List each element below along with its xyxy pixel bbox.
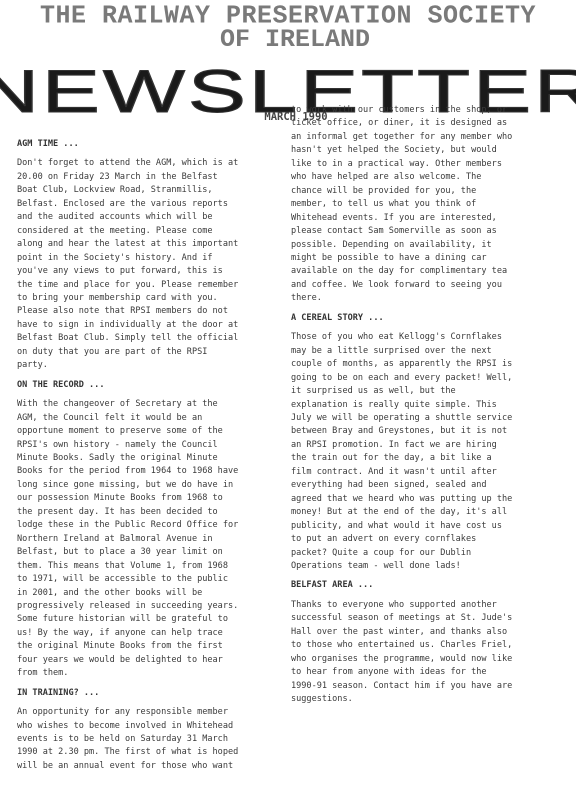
text-line: the original Minute Books from the first xyxy=(17,640,285,653)
text-line: and the audited accounts which will be xyxy=(17,211,285,224)
text-line: RPSI's own history - namely the Council xyxy=(17,439,285,452)
text-line: you've any views to put forward, this is xyxy=(17,265,285,278)
text-line: to 1971, will be accessible to the publi… xyxy=(17,573,285,586)
left-column: AGM TIME ... Don't forget to attend the … xyxy=(17,126,285,779)
text-line: packet? Quite a coup for our Dublin xyxy=(291,547,559,560)
text-line: member, to tell us what you think of xyxy=(291,198,559,211)
text-line: who wishes to become involved in Whitehe… xyxy=(17,720,285,733)
text-line: between Bray and Greystones, but it is n… xyxy=(291,425,559,438)
text-line: please contact Sam Somerville as soon as xyxy=(291,225,559,238)
section-heading-belfast: BELFAST AREA ... xyxy=(291,579,559,592)
text-line: explanation is really quite simple. This xyxy=(291,399,559,412)
text-line: progressively released in succeeding yea… xyxy=(17,600,285,613)
text-line: opportune moment to preserve some of the xyxy=(17,425,285,438)
text-line: there. xyxy=(291,292,559,305)
text-line: us! By the way, if anyone can help trace xyxy=(17,627,285,640)
text-line: 1990 at 2.30 pm. The first of what is ho… xyxy=(17,746,285,759)
text-line: ticket office, or diner, it is designed … xyxy=(291,117,559,130)
text-line: might be possible to have a dining car xyxy=(291,252,559,265)
text-line: successful season of meetings at St. Jud… xyxy=(291,612,559,625)
text-line: along and hear the latest at this import… xyxy=(17,238,285,251)
text-line: Minute Books. Sadly the original Minute xyxy=(17,452,285,465)
article-agm: Don't forget to attend the AGM, which is… xyxy=(17,157,285,372)
text-line: agreed that we heard who was putting up … xyxy=(291,493,559,506)
text-line: Belfast. Enclosed are the various report… xyxy=(17,198,285,211)
right-column: to work with our customers in the shop, … xyxy=(291,104,559,712)
section-heading-record: ON THE RECORD ... xyxy=(17,379,285,392)
text-line: an RPSI promotion. In fact we are hiring xyxy=(291,439,559,452)
text-line: will be an annual event for those who wa… xyxy=(17,760,285,773)
text-line: going to be on each and every packet! We… xyxy=(291,372,559,385)
text-line: it surprised us as well, but the xyxy=(291,385,559,398)
text-line: the present day. It has been decided to xyxy=(17,506,285,519)
text-line: may be a little surprised over the next xyxy=(291,345,559,358)
text-line: Whitehead events. If you are interested, xyxy=(291,212,559,225)
text-line: An opportunity for any responsible membe… xyxy=(17,706,285,719)
text-line: Please also note that RPSI members do no… xyxy=(17,305,285,318)
text-line: party. xyxy=(17,359,285,372)
text-line: Boat Club, Lockview Road, Stranmillis, xyxy=(17,184,285,197)
text-line: Some future historian will be grateful t… xyxy=(17,613,285,626)
text-line: Operations team - well done lads! xyxy=(291,560,559,573)
text-line: who have helped are also welcome. The xyxy=(291,171,559,184)
text-line: our possession Minute Books from 1968 to xyxy=(17,492,285,505)
text-line: lodge these in the Public Record Office … xyxy=(17,519,285,532)
text-line: long since gone missing, but we do have … xyxy=(17,479,285,492)
text-line: chance will be provided for you, the xyxy=(291,185,559,198)
text-line: to hear from anyone with ideas for the xyxy=(291,666,559,679)
article-record: With the changeover of Secretary at theA… xyxy=(17,398,285,681)
text-line: Thanks to everyone who supported another xyxy=(291,599,559,612)
text-line: events is to be held on Saturday 31 Marc… xyxy=(17,733,285,746)
text-line: Those of you who eat Kellogg's Cornflake… xyxy=(291,331,559,344)
text-line: 20.00 on Friday 23 March in the Belfast xyxy=(17,171,285,184)
article-belfast: Thanks to everyone who supported another… xyxy=(291,599,559,707)
section-heading-cereal: A CEREAL STORY ... xyxy=(291,312,559,325)
text-line: couple of months, as apparently the RPSI… xyxy=(291,358,559,371)
text-line: film contract. And it wasn't until after xyxy=(291,466,559,479)
text-line: 1990-91 season. Contact him if you have … xyxy=(291,680,559,693)
text-line: July we will be operating a shuttle serv… xyxy=(291,412,559,425)
text-line: suggestions. xyxy=(291,693,559,706)
text-line: everything had been signed, sealed and xyxy=(291,479,559,492)
text-line: considered at the meeting. Please come xyxy=(17,225,285,238)
text-line: like to in a practical way. Other member… xyxy=(291,158,559,171)
text-line: an informal get together for any member … xyxy=(291,131,559,144)
text-line: four years we would be delighted to hear xyxy=(17,654,285,667)
text-line: With the changeover of Secretary at the xyxy=(17,398,285,411)
text-line: possible. Depending on availability, it xyxy=(291,239,559,252)
text-line: to bring your membership card with you. xyxy=(17,292,285,305)
text-line: Belfast Boat Club. Simply tell the offic… xyxy=(17,332,285,345)
section-heading-training: IN TRAINING? ... xyxy=(17,687,285,700)
text-line: point in the Society's history. And if xyxy=(17,252,285,265)
text-line: have to sign in individually at the door… xyxy=(17,319,285,332)
text-line: and coffee. We look forward to seeing yo… xyxy=(291,279,559,292)
text-line: publicity, and what would it have cost u… xyxy=(291,520,559,533)
text-line: who organises the programme, would now l… xyxy=(291,653,559,666)
text-line: available on the day for complimentary t… xyxy=(291,265,559,278)
text-line: to work with our customers in the shop, … xyxy=(291,104,559,117)
text-line: Hall over the past winter, and thanks al… xyxy=(291,626,559,639)
text-line: them. This means that Volume 1, from 196… xyxy=(17,560,285,573)
text-line: to put an advert on every cornflakes xyxy=(291,533,559,546)
article-training: An opportunity for any responsible membe… xyxy=(17,706,285,773)
text-line: to those who entertained us. Charles Fri… xyxy=(291,639,559,652)
text-line: Books for the period from 1964 to 1968 h… xyxy=(17,465,285,478)
text-line: from them. xyxy=(17,667,285,680)
section-heading-agm: AGM TIME ... xyxy=(17,138,285,151)
text-line: on duty that you are part of the RPSI xyxy=(17,346,285,359)
text-line: money! But at the end of the day, it's a… xyxy=(291,506,559,519)
text-line: Northern Ireland at Balmoral Avenue in xyxy=(17,533,285,546)
text-line: the train out for the day, a bit like a xyxy=(291,452,559,465)
text-line: hasn't yet helped the Society, but would xyxy=(291,144,559,157)
article-training-continued: to work with our customers in the shop, … xyxy=(291,104,559,306)
text-line: AGM, the Council felt it would be an xyxy=(17,412,285,425)
society-name-line2: OF IRELAND xyxy=(0,28,576,52)
text-line: Belfast, but to place a 30 year limit on xyxy=(17,546,285,559)
text-line: the time and place for you. Please remem… xyxy=(17,279,285,292)
article-cereal: Those of you who eat Kellogg's Cornflake… xyxy=(291,331,559,573)
text-line: in 2001, and the other books will be xyxy=(17,587,285,600)
text-line: Don't forget to attend the AGM, which is… xyxy=(17,157,285,170)
